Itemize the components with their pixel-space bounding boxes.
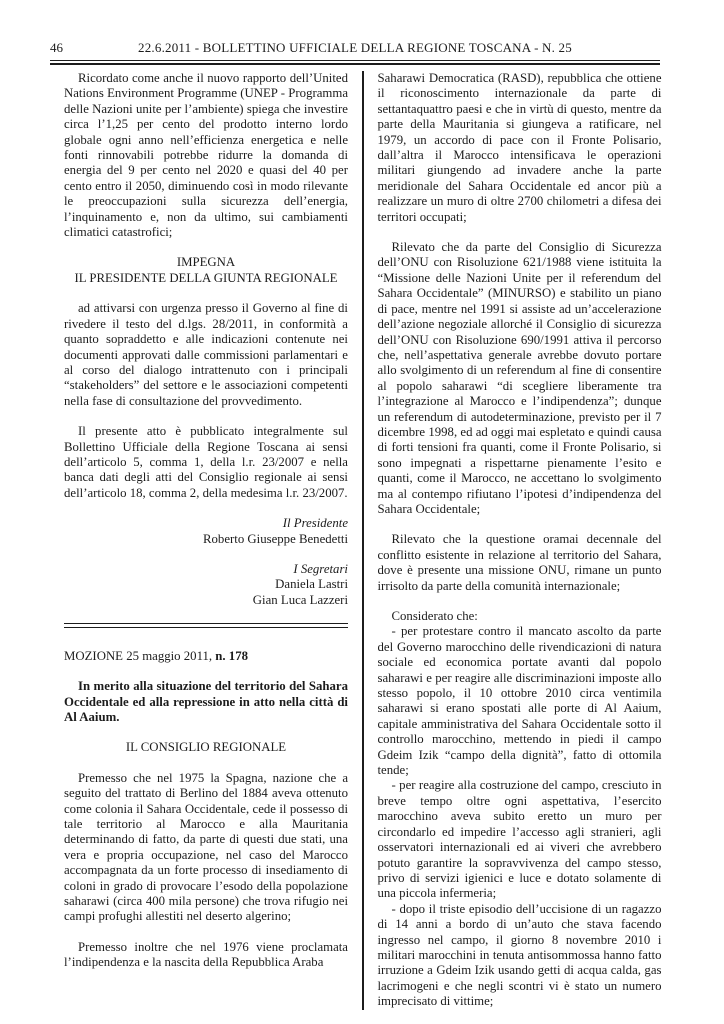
council-heading: IL CONSIGLIO REGIONALE [64, 740, 348, 755]
column-divider [362, 71, 364, 1010]
secretary-name-2: Gian Luca Lazzeri [64, 593, 348, 608]
left-column: Ricordato come anche il nuovo rapporto d… [64, 71, 348, 1010]
para-ricordato: Ricordato come anche il nuovo rapporto d… [64, 71, 348, 240]
header-rule [50, 60, 660, 65]
mozione-number: n. 178 [215, 649, 248, 663]
para-premesso-1: Premesso che nel 1975 la Spagna, nazione… [64, 771, 348, 925]
president-name: Roberto Giuseppe Benedetti [64, 532, 348, 547]
mozione-heading-prefix: MOZIONE 25 maggio 2011, [64, 649, 215, 663]
bullet-point-1: - per protestare contro il mancato ascol… [378, 624, 662, 778]
para-considerato: Considerato che: [378, 609, 662, 624]
para-premesso-2: Premesso inoltre che nel 1976 viene proc… [64, 940, 348, 971]
para-rilevato-2: Rilevato che la questione oramai decenna… [378, 532, 662, 594]
para-attivarsi: ad attivarsi con urgenza presso il Gover… [64, 301, 348, 409]
secretary-name-1: Daniela Lastri [64, 577, 348, 592]
president-title: Il Presidente [64, 516, 348, 531]
bullet-point-3: - dopo il triste episodio dell’uccisione… [378, 902, 662, 1010]
para-rilevato-1: Rilevato che da parte del Consiglio di S… [378, 240, 662, 517]
secretaries-title: I Segretari [64, 562, 348, 577]
section-divider-rule [64, 623, 348, 628]
page-number: 46 [50, 40, 63, 55]
two-column-body: Ricordato come anche il nuovo rapporto d… [64, 71, 662, 1010]
mozione-subject: In merito alla situazione del territorio… [64, 679, 348, 725]
para-saharawi: Saharawi Democratica (RASD), repubblica … [378, 71, 662, 225]
right-column: Saharawi Democratica (RASD), repubblica … [378, 71, 662, 1010]
bulletin-page: 46 22.6.2011 - BOLLETTINO UFFICIALE DELL… [0, 0, 724, 1024]
impegna-subheading: IL PRESIDENTE DELLA GIUNTA REGIONALE [64, 271, 348, 286]
para-pubblicazione: Il presente atto è pubblicato integralme… [64, 424, 348, 501]
page-header: 46 22.6.2011 - BOLLETTINO UFFICIALE DELL… [50, 40, 660, 57]
bullet-point-2: - per reagire alla costruzione del campo… [378, 778, 662, 901]
mozione-heading: MOZIONE 25 maggio 2011, n. 178 [64, 649, 348, 664]
header-title: 22.6.2011 - BOLLETTINO UFFICIALE DELLA R… [50, 40, 660, 55]
impegna-heading: IMPEGNA [64, 255, 348, 270]
